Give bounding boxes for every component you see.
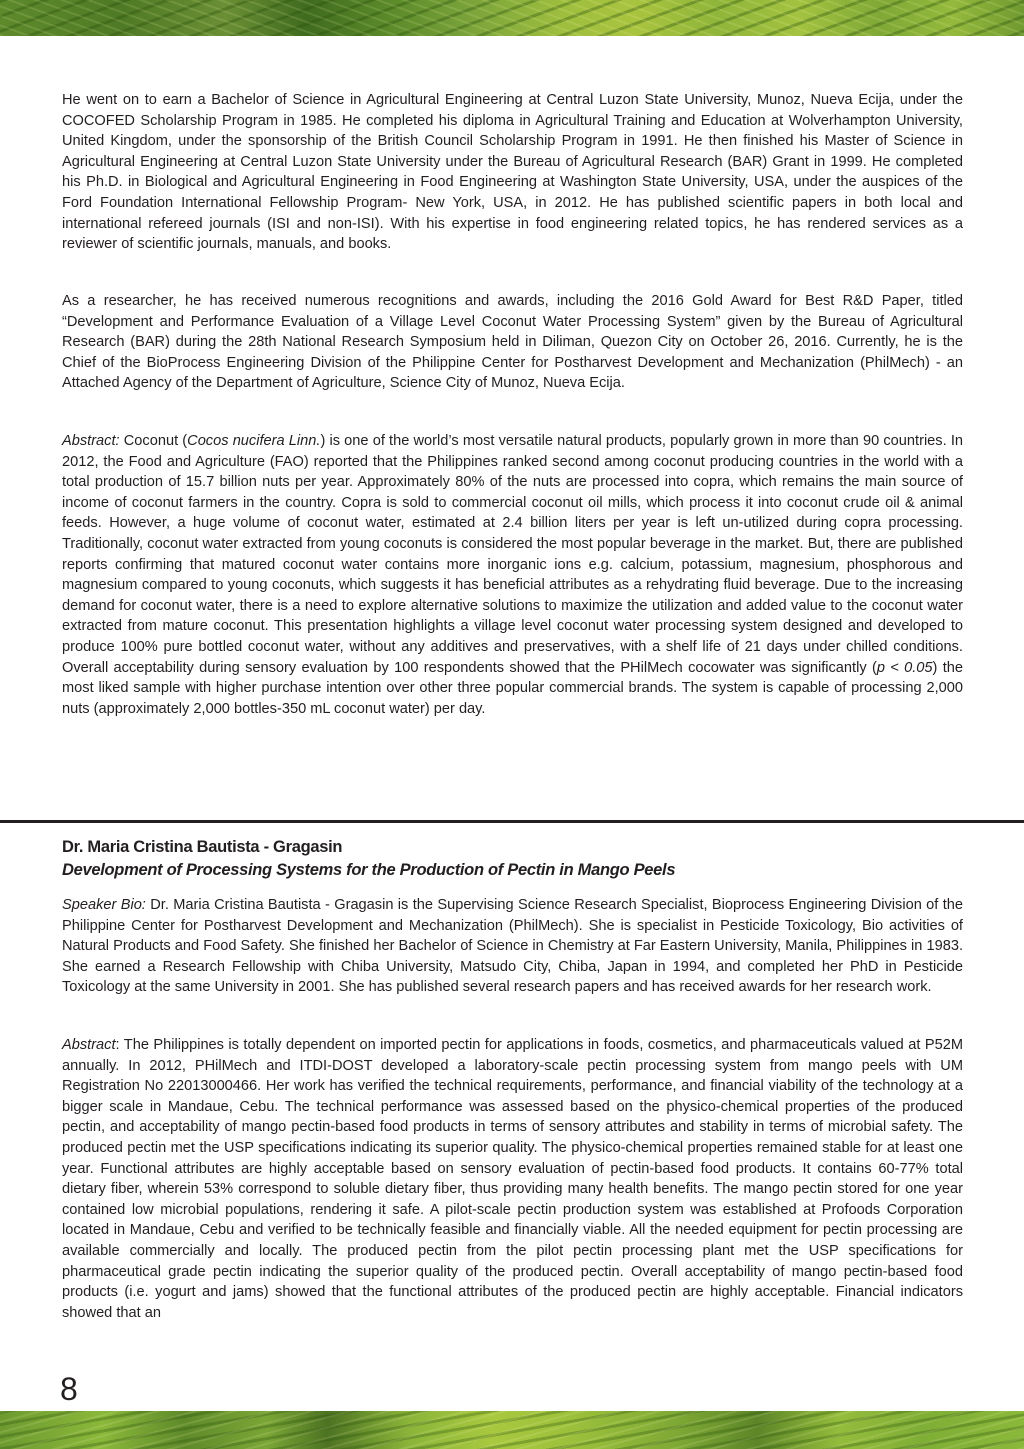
- speaker-bio-label: Speaker Bio:: [62, 897, 146, 913]
- talk-title: Development of Processing Systems for th…: [62, 859, 675, 881]
- awards-paragraph: As a researcher, he has received numerou…: [62, 291, 963, 394]
- abstract-text-part1: Coconut (: [120, 433, 188, 449]
- section-divider: [0, 820, 1024, 823]
- pectin-abstract-paragraph: Abstract: The Philippines is totally dep…: [62, 1035, 963, 1323]
- speaker-bio-text: Speaker Bio: Dr. Maria Cristina Bautista…: [62, 895, 963, 998]
- page-number: 8: [60, 1371, 78, 1407]
- coconut-abstract-text: Abstract: Coconut (Cocos nucifera Linn.)…: [62, 431, 963, 719]
- bio-continued-paragraph: He went on to earn a Bachelor of Science…: [62, 90, 963, 255]
- speaker-bio-paragraph: Speaker Bio: Dr. Maria Cristina Bautista…: [62, 895, 963, 998]
- abstract-label: Abstract:: [62, 433, 120, 449]
- speaker-name: Dr. Maria Cristina Bautista - Gragasin: [62, 837, 342, 857]
- pectin-abstract-label: Abstract: [62, 1037, 116, 1053]
- abstract-text-part2: ) is one of the world’s most versatile n…: [62, 433, 963, 676]
- footer-rice-terrace-banner: [0, 1411, 1024, 1449]
- p-value: p < 0.05: [877, 660, 933, 676]
- coconut-abstract-paragraph: Abstract: Coconut (Cocos nucifera Linn.)…: [62, 431, 963, 719]
- awards-text: As a researcher, he has received numerou…: [62, 291, 963, 394]
- header-rice-terrace-banner: [0, 0, 1024, 36]
- speaker-bio-body: Dr. Maria Cristina Bautista - Gragasin i…: [62, 897, 963, 995]
- pectin-abstract-text: Abstract: The Philippines is totally dep…: [62, 1035, 963, 1323]
- bio-continued-text: He went on to earn a Bachelor of Science…: [62, 90, 963, 255]
- species-name: Cocos nucifera Linn.: [187, 433, 320, 449]
- pectin-abstract-body: : The Philippines is totally dependent o…: [62, 1037, 963, 1321]
